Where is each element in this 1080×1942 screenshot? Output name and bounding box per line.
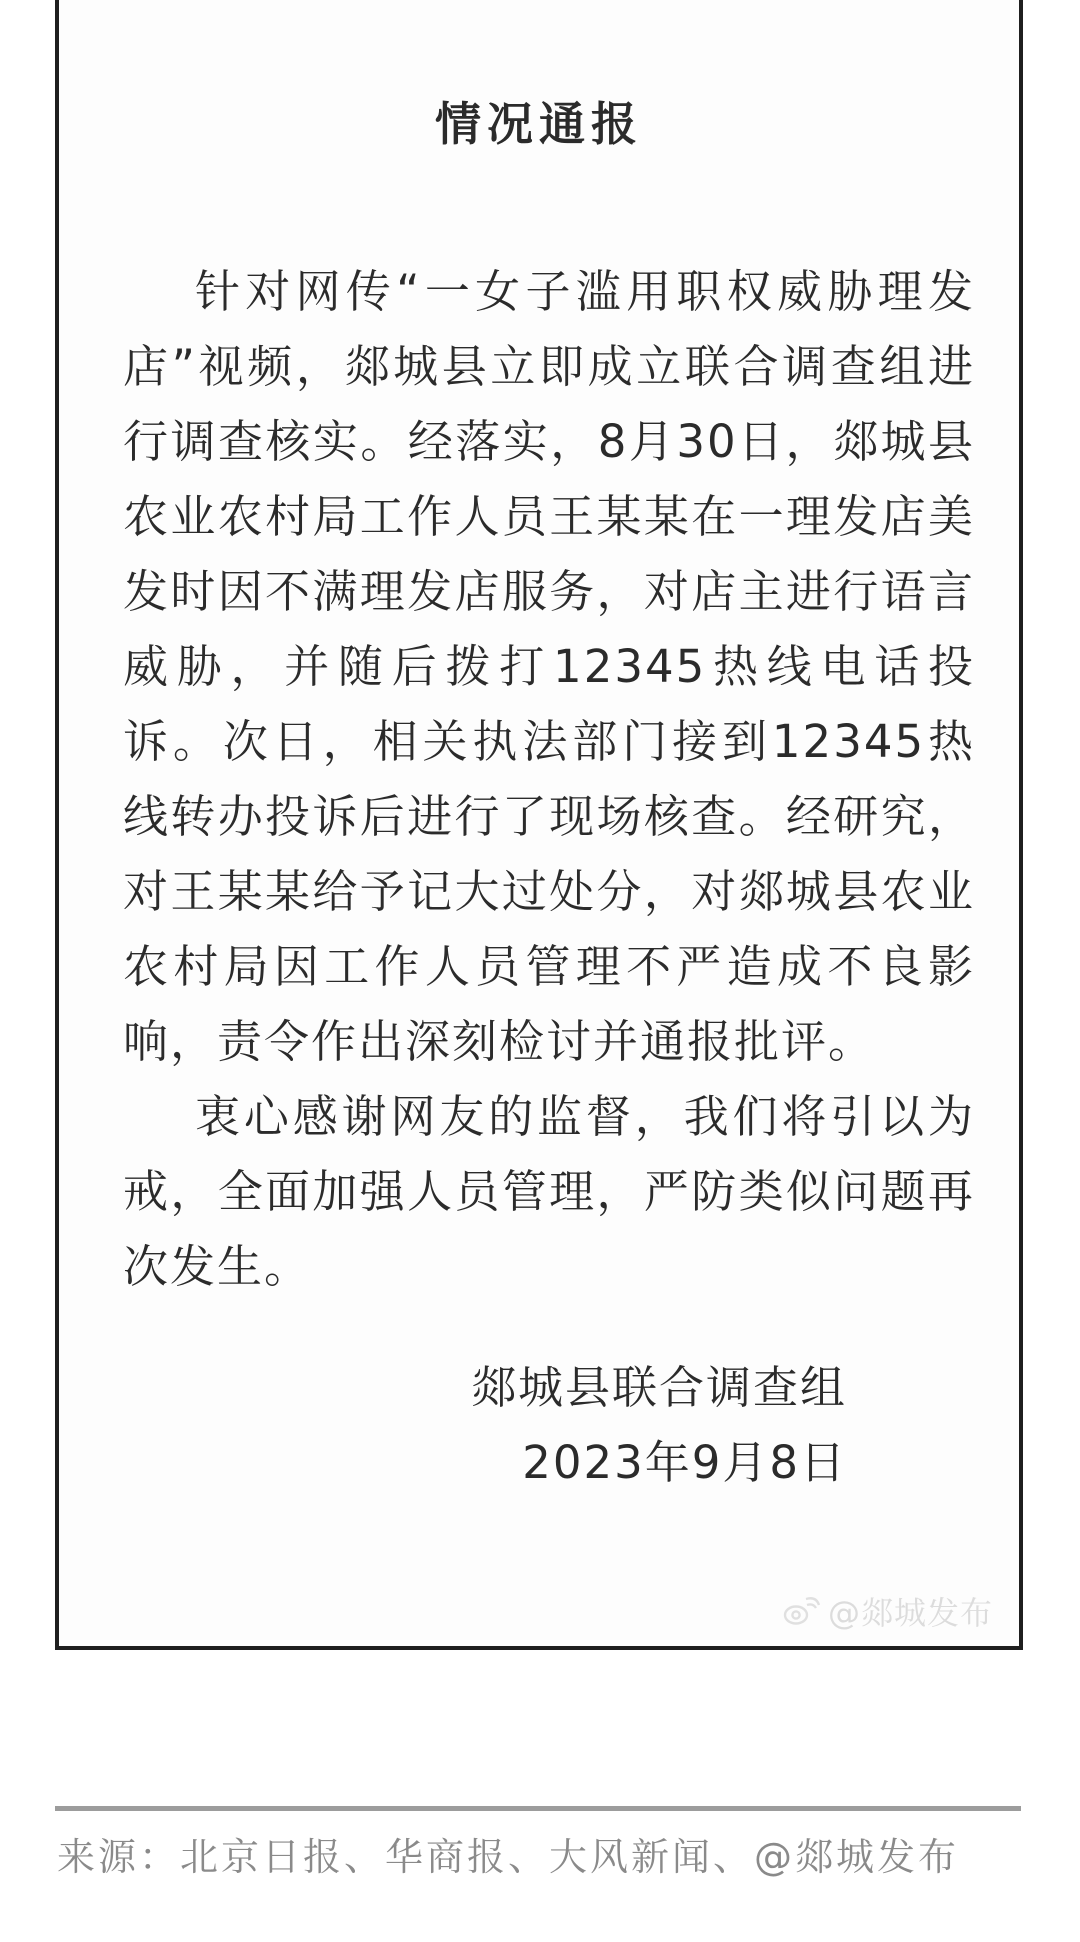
source-divider	[55, 1806, 1021, 1811]
signature-block: 郯城县联合调查组 2023年9月8日	[59, 1350, 1019, 1500]
notice-document: 情况通报 针对网传“一女子滥用职权威胁理发店”视频，郯城县立即成立联合调查组进行…	[55, 0, 1023, 1650]
weibo-watermark: @郯城发布	[782, 1588, 993, 1634]
signature-date: 2023年9月8日	[59, 1425, 847, 1500]
notice-paragraph-2: 衷心感谢网友的监督，我们将引以为戒，全面加强人员管理，严防类似问题再次发生。	[123, 1079, 975, 1304]
watermark-text: @郯城发布	[828, 1588, 993, 1634]
notice-body: 针对网传“一女子滥用职权威胁理发店”视频，郯城县立即成立联合调查组进行调查核实。…	[123, 254, 975, 1304]
weibo-icon	[782, 1595, 820, 1627]
screenshot-page: 情况通报 针对网传“一女子滥用职权威胁理发店”视频，郯城县立即成立联合调查组进行…	[0, 0, 1080, 1942]
notice-paragraph-1: 针对网传“一女子滥用职权威胁理发店”视频，郯城县立即成立联合调查组进行调查核实。…	[123, 254, 975, 1079]
source-line: 来源：北京日报、华商报、大风新闻、@郯城发布	[57, 1826, 1037, 1881]
signature-org: 郯城县联合调查组	[59, 1350, 847, 1425]
notice-title: 情况通报	[59, 88, 1019, 154]
